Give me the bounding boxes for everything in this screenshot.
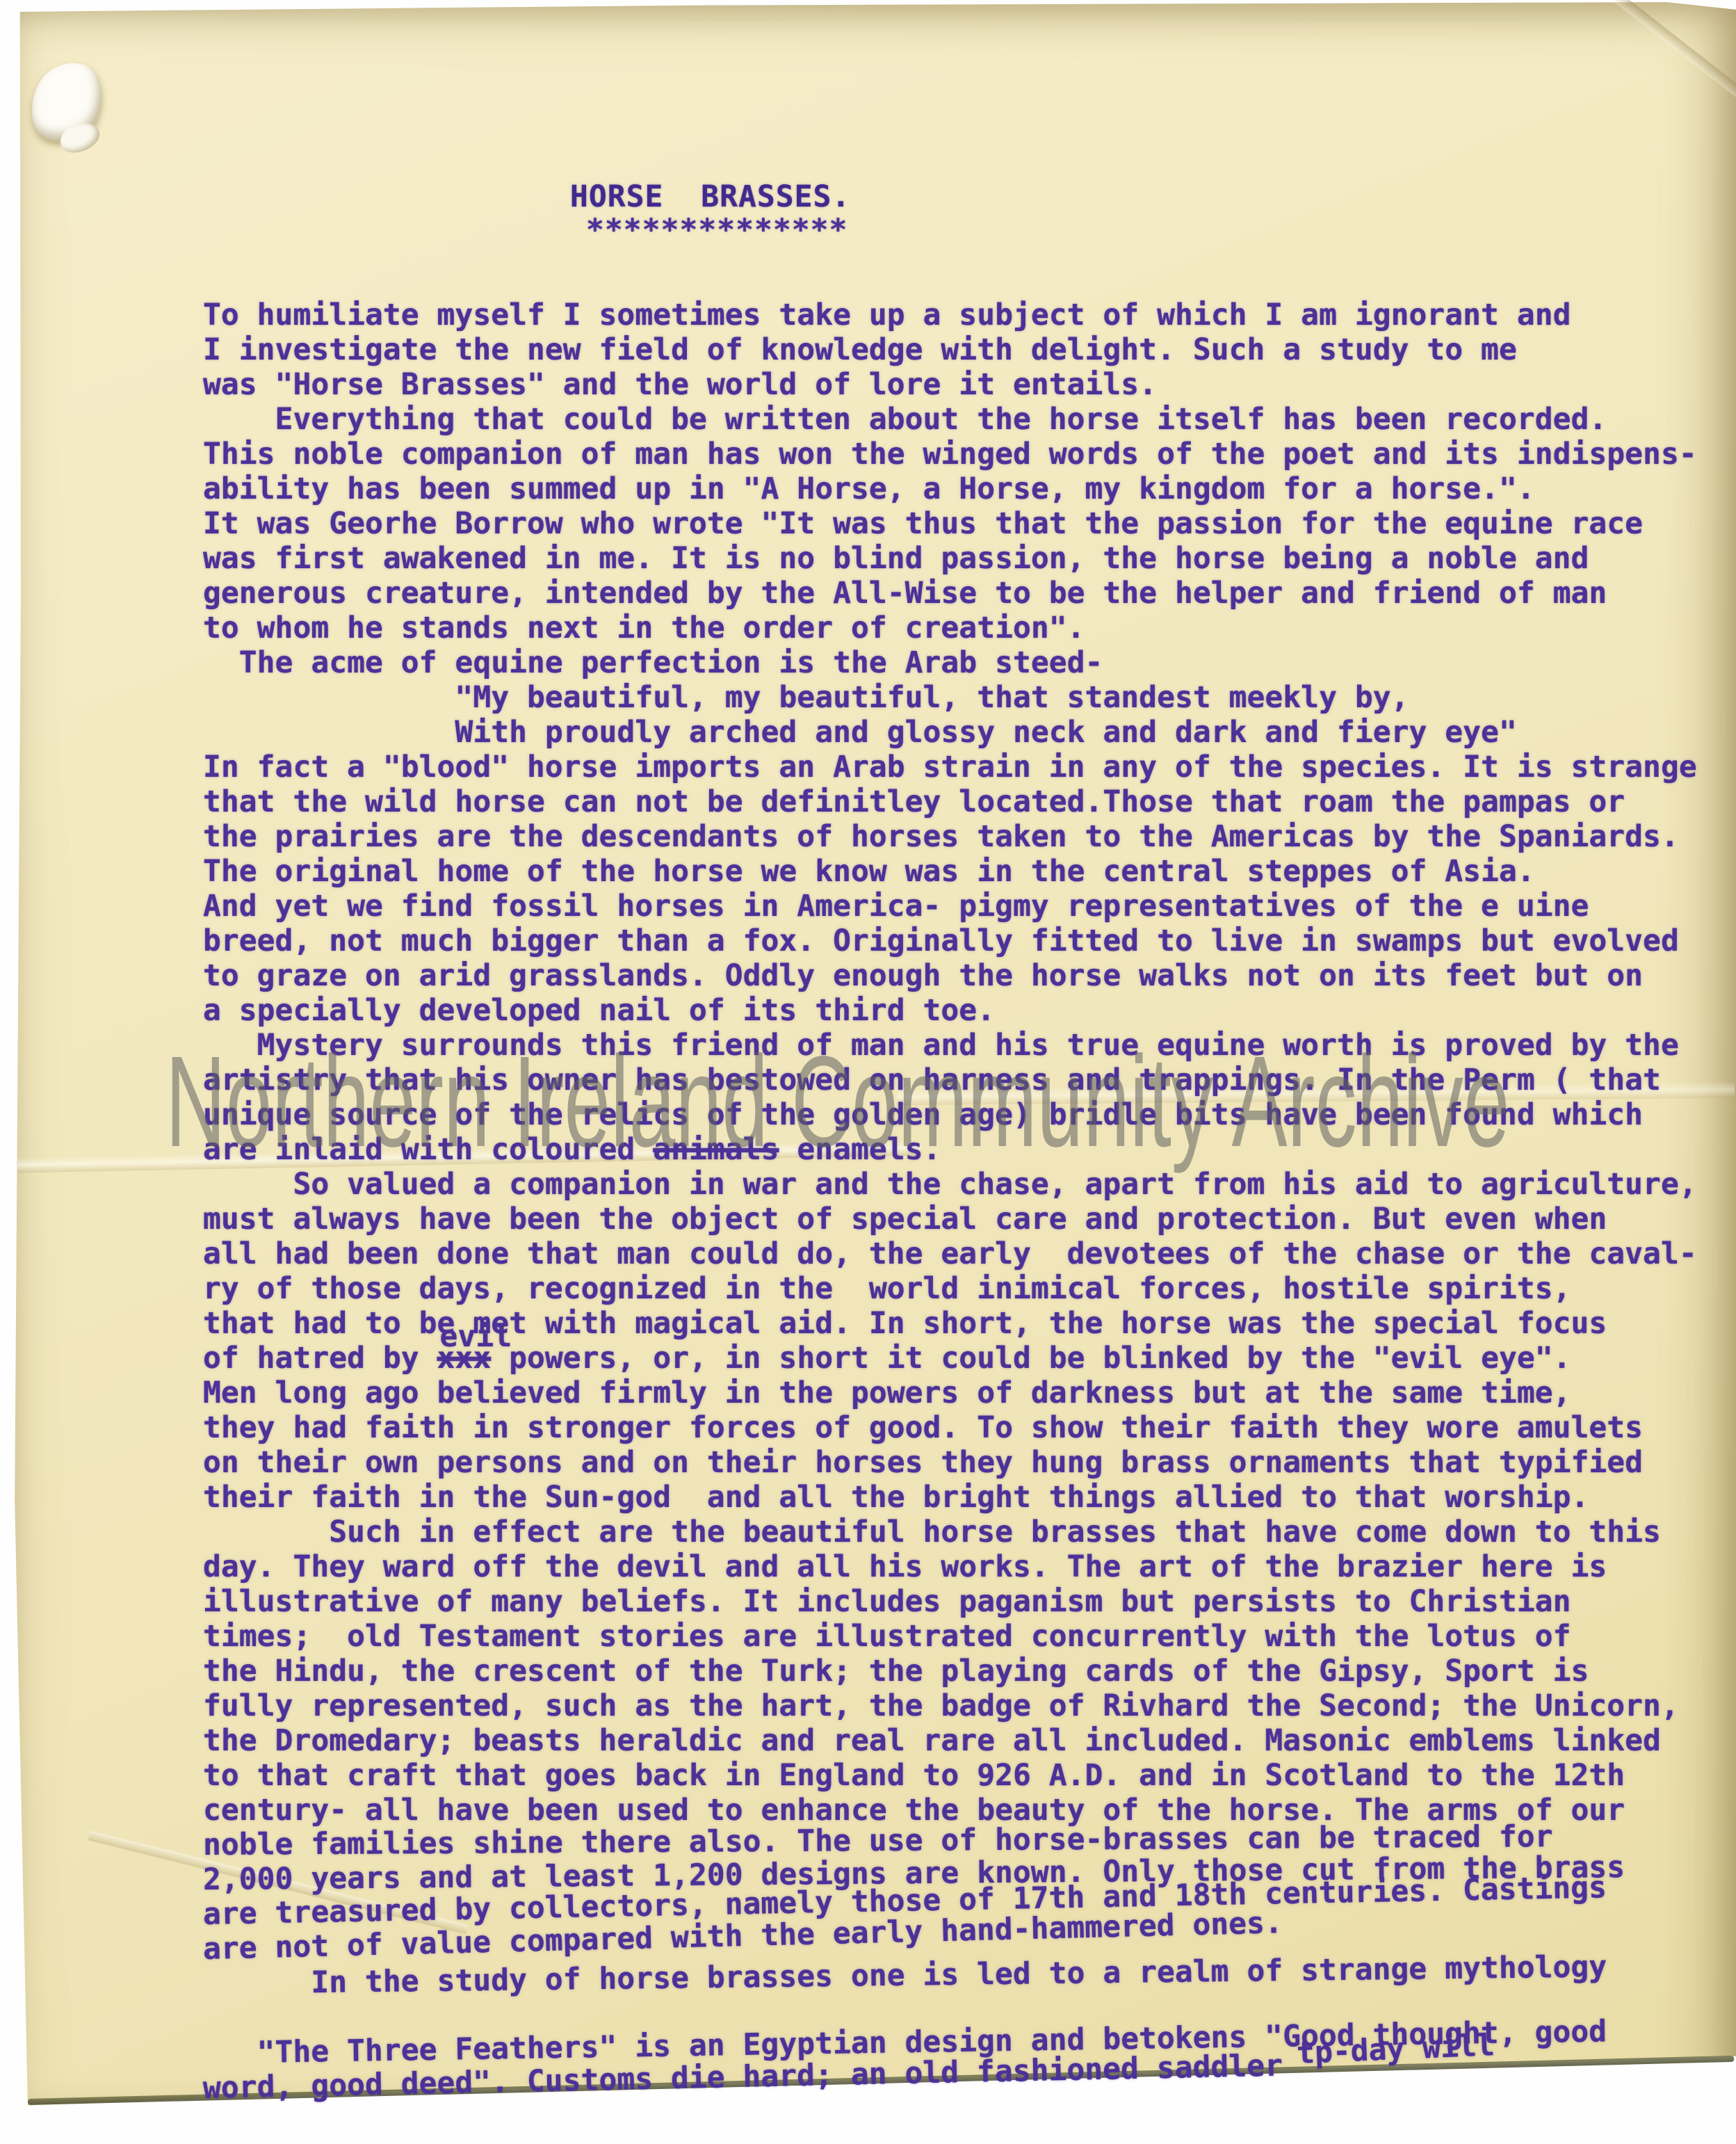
text-line: Such in effect are the beautiful horse b… xyxy=(203,1515,1697,1549)
text-line: ry of those days, recognized in the worl… xyxy=(203,1271,1697,1306)
text-line: the Hindu, the crescent of the Turk; the… xyxy=(203,1654,1697,1688)
text-line: This noble companion of man has won the … xyxy=(203,437,1697,471)
text-line: the Dromedary; beasts heraldic and real … xyxy=(203,1723,1697,1758)
text-line: all had been done that man could do, the… xyxy=(203,1236,1697,1271)
text-line: was "Horse Brasses" and the world of lor… xyxy=(203,367,1697,402)
text-line: "My beautiful, my beautiful, that stande… xyxy=(203,680,1697,715)
text-line: a specially developed nail of its third … xyxy=(203,993,1697,1028)
text-line: In fact a "blood" horse imports an Arab … xyxy=(203,750,1697,784)
text-line: to that craft that goes back in England … xyxy=(203,1758,1697,1793)
text-line: With proudly arched and glossy neck and … xyxy=(203,715,1697,750)
text-line: And yet we find fossil horses in America… xyxy=(203,889,1697,924)
text-line: To humiliate myself I sometimes take up … xyxy=(203,298,1697,332)
struck-out-word: animals xyxy=(653,1132,779,1167)
text-line: that the wild horse can not be definitle… xyxy=(203,784,1697,819)
text-line: they had faith in stronger forces of goo… xyxy=(203,1410,1697,1445)
text-line: was first awakened in me. It is no blind… xyxy=(203,541,1697,576)
text-line: Men long ago believed firmly in the powe… xyxy=(203,1376,1697,1410)
text-line: unique source of the relics of the golde… xyxy=(203,1097,1697,1132)
text-line: the prairies are the descendants of hors… xyxy=(203,819,1697,854)
text-line: to whom he stands next in the order of c… xyxy=(203,611,1697,645)
struck-out-word: xxxevil xyxy=(437,1341,492,1376)
text-line: ability has been summed up in "A Horse, … xyxy=(203,471,1697,506)
text-line: must always have been the object of spec… xyxy=(203,1202,1697,1236)
text-line: It was Georhe Borrow who wrote "It was t… xyxy=(203,506,1697,541)
text-line: artistry that his owner has bestowed on … xyxy=(203,1063,1697,1097)
text-line: The original home of the horse we know w… xyxy=(203,854,1697,889)
text-line: Everything that could be written about t… xyxy=(203,402,1697,437)
text-line: breed, not much bigger than a fox. Origi… xyxy=(203,924,1697,958)
text-line: So valued a companion in war and the cha… xyxy=(203,1167,1697,1202)
text-line: on their own persons and on their horses… xyxy=(203,1445,1697,1480)
text-line: times; old Testament stories are illustr… xyxy=(203,1619,1697,1654)
typed-body-text: To humiliate myself I sometimes take up … xyxy=(203,298,1697,2106)
text-line: The acme of equine perfection is the Ara… xyxy=(203,645,1697,680)
text-line: of hatred by xxxevil powers, or, in shor… xyxy=(203,1341,1697,1376)
text-line: day. They ward off the devil and all his… xyxy=(203,1549,1697,1584)
document-title: HORSE BRASSES. xyxy=(570,179,850,214)
title-asterisk-underline: ************** xyxy=(586,213,847,248)
text-line: generous creature, intended by the All-W… xyxy=(203,576,1697,611)
text-line: to graze on arid grasslands. Oddly enoug… xyxy=(203,958,1697,993)
text-line: I investigate the new field of knowledge… xyxy=(203,332,1697,367)
text-line: Mystery surrounds this friend of man and… xyxy=(203,1028,1697,1063)
text-line: their faith in the Sun-god and all the b… xyxy=(203,1480,1697,1515)
overtyped-correction: evil xyxy=(440,1322,512,1352)
text-line: are inlaid with coloured animals enamels… xyxy=(203,1132,1697,1167)
text-line: illustrative of many beliefs. It include… xyxy=(203,1584,1697,1619)
scanned-page: HORSE BRASSES. ************** To humilia… xyxy=(0,0,1736,2144)
text-line: fully represented, such as the hart, the… xyxy=(203,1688,1697,1723)
text-line: that had to be met with magical aid. In … xyxy=(203,1306,1697,1341)
